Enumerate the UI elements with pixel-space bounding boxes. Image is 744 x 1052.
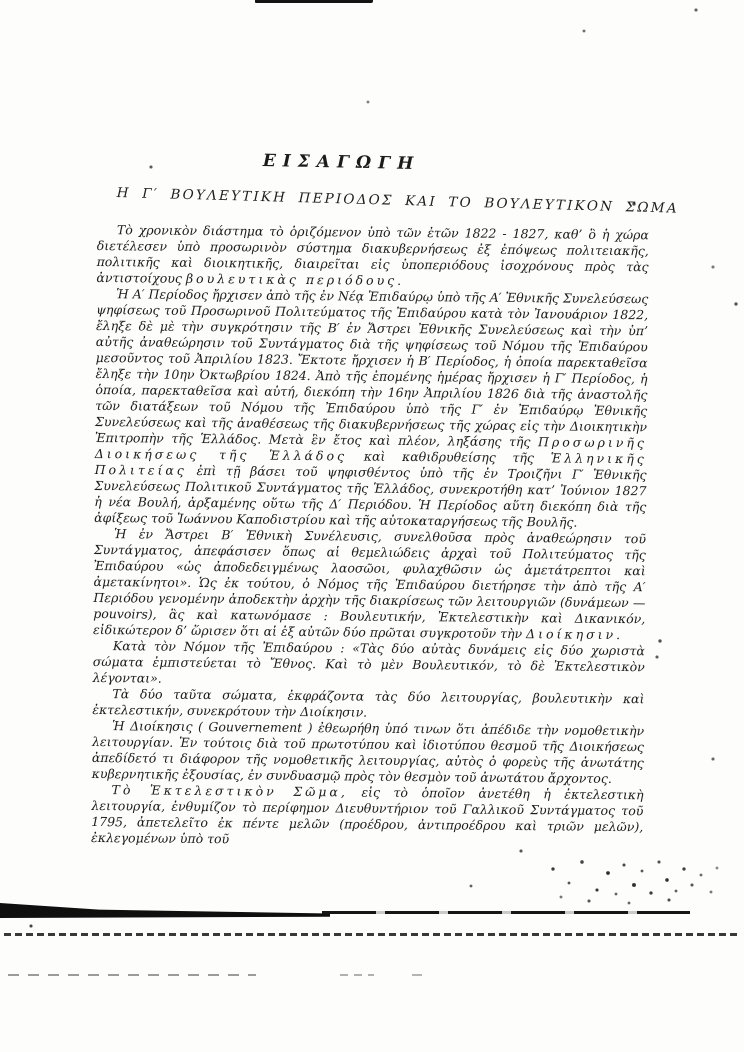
text-run: Κατὰ τὸν Νόμον τῆς Ἐπιδαύρου : «Τὰς δύο … (93, 638, 645, 685)
scan-artifact-dashed-line (4, 933, 740, 936)
text-run: Ἡ ἐν Ἄστρει Β′ Ἐθνικὴ Συνέλευσις, συνελθ… (93, 526, 646, 641)
scan-artifact-gray-dash-segment (340, 974, 374, 976)
emphasized-text: βουλευτικὰς περιόδους. (186, 271, 404, 288)
paragraph-7: Τὸ Ἐκτελεστικὸν Σῶμα, εἰς τὸ ὁποῖον ἀνετ… (91, 782, 644, 851)
chapter-subtitle: Η Γ′ ΒΟΥΛΕΥΤΙΚΗ ΠΕΡΙΟΔΟΣ ΚΑΙ ΤΟ ΒΟΥΛΕΥΤΙ… (117, 185, 637, 216)
emphasized-text: Διοίκησιν. (526, 626, 623, 642)
scanned-book-page: ΕΙΣΑΓΩΓΗ Η Γ′ ΒΟΥΛΕΥΤΙΚΗ ΠΕΡΙΟΔΟΣ ΚΑΙ ΤΟ… (0, 0, 744, 1052)
scan-artifact-top-streak (255, 0, 373, 3)
text-run: καὶ καθιδρυθείσης τῆς (347, 448, 551, 465)
paragraph-5: Τὰ δύο ταῦτα σώματα, ἐκφράζοντα τὰς δύο … (92, 686, 644, 723)
paragraph-4: Κατὰ τὸν Νόμον τῆς Ἐπιδαύρου : «Τὰς δύο … (93, 638, 645, 691)
chapter-title-wrap: ΕΙΣΑΓΩΓΗ (263, 151, 421, 174)
chapter-subtitle-wrap: Η Γ′ ΒΟΥΛΕΥΤΙΚΗ ΠΕΡΙΟΔΟΣ ΚΑΙ ΤΟ ΒΟΥΛΕΥΤΙ… (117, 185, 637, 216)
paragraph-6: Ἡ Διοίκησις ( Gouvernement ) ἐθεωρήθη ὑπ… (92, 718, 645, 787)
paragraph-3: Ἡ ἐν Ἄστρει Β′ Ἐθνικὴ Συνέλευσις, συνελθ… (93, 526, 646, 643)
chapter-title: ΕΙΣΑΓΩΓΗ (263, 151, 421, 174)
text-run: Τὰ δύο ταῦτα σώματα, ἐκφράζοντα τὰς δύο … (92, 686, 644, 719)
body-text: Τὸ χρονικὸν διάστημα τὸ ὁριζόμενον ὑπὸ τ… (91, 222, 649, 851)
text-run: Ἡ Διοίκησις ( Gouvernement ) ἐθεωρήθη ὑπ… (92, 718, 645, 786)
emphasized-text: Τὸ Ἐκτελεστικὸν Σῶμα, (111, 782, 347, 799)
scan-artifact-gray-dash-dot (412, 974, 422, 976)
scan-noise-dots (0, 0, 2, 2)
scan-artifact-bottom-line (322, 911, 690, 914)
text-run: Ἡ Α′ Περίοδος ἤρχισεν ἀπὸ τῆς ἐν Νέᾳ Ἐπι… (95, 286, 649, 449)
scan-artifact-gray-dashed-line (8, 974, 256, 976)
paragraph-1: Τὸ χρονικὸν διάστημα τὸ ὁριζόμενον ὑπὸ τ… (96, 222, 649, 291)
paragraph-2: Ἡ Α′ Περίοδος ἤρχισεν ἀπὸ τῆς ἐν Νέᾳ Ἐπι… (94, 286, 648, 531)
scan-artifact-bottom-streak (0, 902, 330, 918)
